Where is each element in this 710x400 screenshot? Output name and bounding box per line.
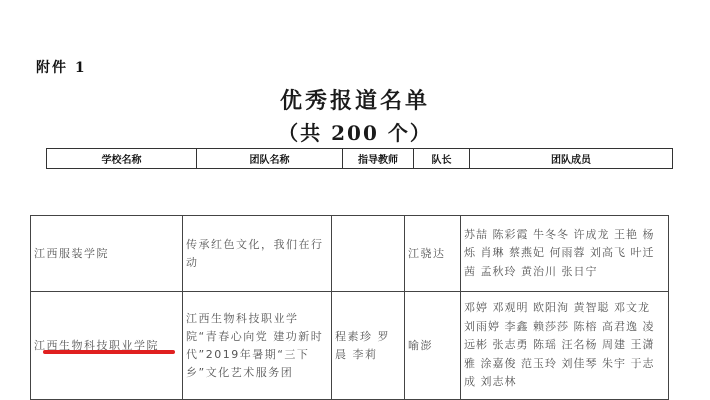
document-subtitle: （共 200 个） bbox=[0, 117, 710, 146]
header-row: 学校名称 团队名称 指导教师 队长 团队成员 bbox=[47, 149, 673, 169]
header-school: 学校名称 bbox=[47, 149, 197, 169]
document-title: 优秀报道名单 bbox=[0, 84, 710, 115]
red-highlight-underline bbox=[43, 350, 175, 354]
attachment-label: 附件 1 bbox=[36, 57, 87, 77]
cell-team: 江西生物科技职业学院“青春心向党 建功新时代”2019年暑期“三下乡”文化艺术服… bbox=[183, 292, 332, 400]
cell-school: 江西服装学院 bbox=[31, 216, 183, 292]
cell-school: 江西生物科技职业学院 bbox=[31, 292, 183, 400]
cell-leader: 喻澎 bbox=[405, 292, 461, 400]
header-leader: 队长 bbox=[414, 149, 470, 169]
header-members: 团队成员 bbox=[470, 149, 673, 169]
cell-members: 邓婷 邓观明 欧阳洵 黄智聪 邓文龙 刘雨婷 李鑫 赖莎莎 陈榕 高君逸 凌远彬… bbox=[461, 292, 669, 400]
header-team: 团队名称 bbox=[197, 149, 343, 169]
cell-advisor bbox=[332, 216, 405, 292]
cell-members: 苏喆 陈彩霞 牛冬冬 许成龙 王艳 杨烁 肖琳 蔡燕妃 何雨蓉 刘高飞 叶迁茜 … bbox=[461, 216, 669, 292]
header-advisor: 指导教师 bbox=[343, 149, 414, 169]
cell-advisor: 程素珍 罗晨 李莉 bbox=[332, 292, 405, 400]
data-table: 江西服装学院 传承红色文化，我们在行动 江骁达 苏喆 陈彩霞 牛冬冬 许成龙 王… bbox=[30, 215, 669, 400]
table-row: 江西服装学院 传承红色文化，我们在行动 江骁达 苏喆 陈彩霞 牛冬冬 许成龙 王… bbox=[31, 216, 669, 292]
cell-team: 传承红色文化，我们在行动 bbox=[183, 216, 332, 292]
table-row: 江西生物科技职业学院 江西生物科技职业学院“青春心向党 建功新时代”2019年暑… bbox=[31, 292, 669, 400]
header-table: 学校名称 团队名称 指导教师 队长 团队成员 bbox=[46, 148, 673, 169]
cell-leader: 江骁达 bbox=[405, 216, 461, 292]
